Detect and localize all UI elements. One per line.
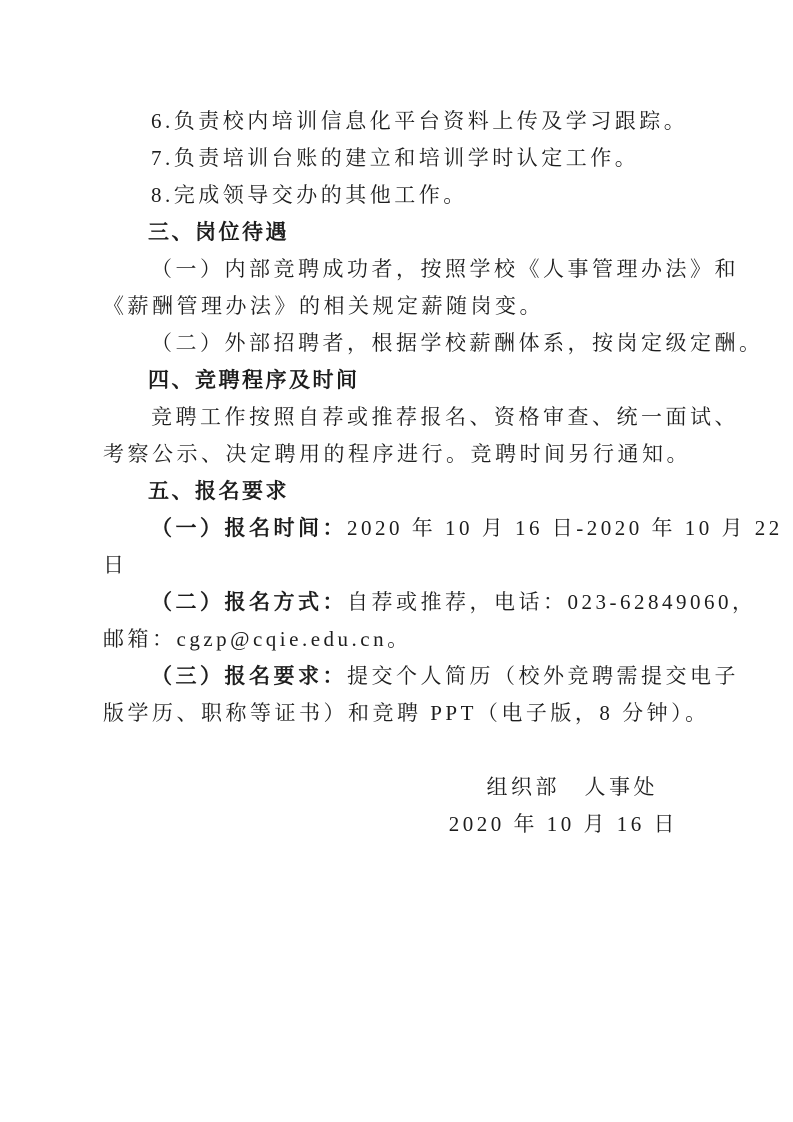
duty-item-8: 8.完成领导交办的其他工作。: [103, 177, 703, 214]
section5-item3-label: （三）报名要求：: [151, 664, 347, 688]
document-content: 6.负责校内培训信息化平台资料上传及学习跟踪。 7.负责培训台账的建立和培训学时…: [103, 103, 703, 843]
section3-para1-line2: 《薪酬管理办法》的相关规定薪随岗变。: [103, 288, 703, 325]
duty-item-6: 6.负责校内培训信息化平台资料上传及学习跟踪。: [103, 103, 703, 140]
blank-line: [103, 732, 703, 769]
section4-para-line2: 考察公示、决定聘用的程序进行。竞聘时间另行通知。: [103, 436, 703, 473]
signature-date: 2020 年 10 月 16 日: [103, 806, 703, 843]
section5-item1-line1: （一）报名时间：2020 年 10 月 16 日-2020 年 10 月 22: [103, 510, 703, 547]
section4-para-line1: 竞聘工作按照自荐或推荐报名、资格审查、统一面试、: [103, 399, 703, 436]
section5-item1-line2: 日: [103, 547, 703, 584]
section5-item1-label: （一）报名时间：: [151, 516, 347, 540]
section5-item3-line2: 版学历、职称等证书）和竞聘 PPT（电子版，8 分钟）。: [103, 695, 703, 732]
section4-heading: 四、竞聘程序及时间: [103, 362, 703, 399]
section5-item2-text: 自荐或推荐，电话：023-62849060，: [347, 590, 757, 614]
signature-department: 组织部 人事处: [103, 769, 703, 806]
section3-para1-line1: （一）内部竞聘成功者，按照学校《人事管理办法》和: [103, 251, 703, 288]
section5-item2-line2: 邮箱：cgzp@cqie.edu.cn。: [103, 621, 703, 658]
section5-heading: 五、报名要求: [103, 473, 703, 510]
document-page: 6.负责校内培训信息化平台资料上传及学习跟踪。 7.负责培训台账的建立和培训学时…: [0, 0, 793, 1122]
section5-item3-text: 提交个人简历（校外竞聘需提交电子: [347, 664, 739, 688]
section3-heading: 三、岗位待遇: [103, 214, 703, 251]
duty-item-7: 7.负责培训台账的建立和培训学时认定工作。: [103, 140, 703, 177]
section5-item2-label: （二）报名方式：: [151, 590, 347, 614]
section5-item2-line1: （二）报名方式：自荐或推荐，电话：023-62849060，: [103, 584, 703, 621]
section3-para2: （二）外部招聘者，根据学校薪酬体系，按岗定级定酬。: [103, 325, 703, 362]
section5-item3-line1: （三）报名要求：提交个人简历（校外竞聘需提交电子: [103, 658, 703, 695]
section5-item1-text: 2020 年 10 月 16 日-2020 年 10 月 22: [347, 516, 783, 540]
